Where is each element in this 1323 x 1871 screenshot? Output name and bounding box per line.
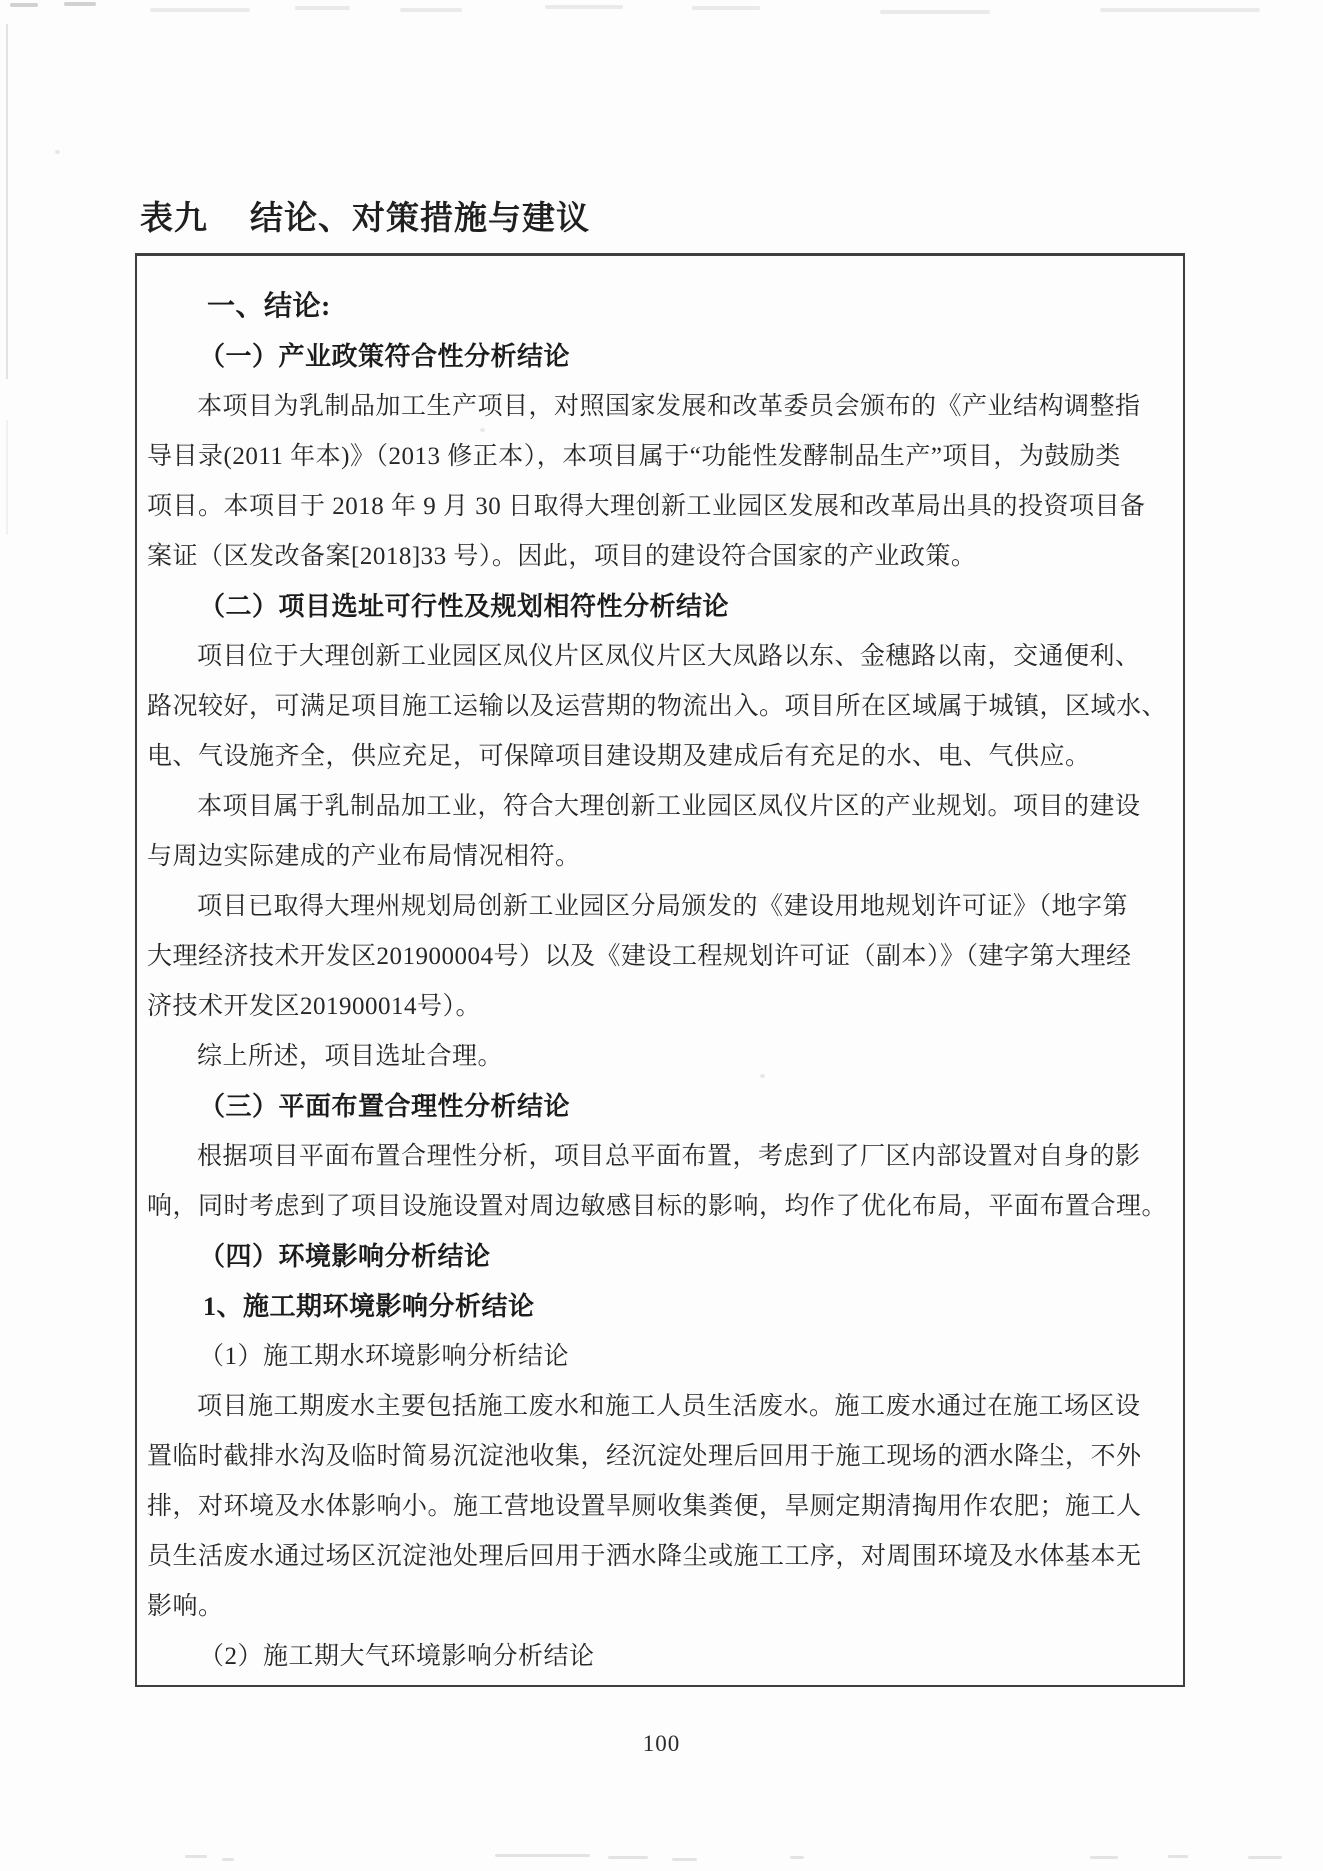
doc-line: 排，对环境及水体影响小。施工营地设置旱厕收集粪便，旱厕定期清掏用作农肥；施工人: [147, 1482, 1175, 1532]
doc-line: 项目。本项目于 2018 年 9 月 30 日取得大理创新工业园区发展和改革局出…: [147, 482, 1175, 532]
scan-artifact: [222, 1858, 234, 1861]
heading-industrial-policy: （一）产业政策符合性分析结论: [147, 332, 1175, 382]
heading-site-selection: （二）项目选址可行性及规划相符性分析结论: [147, 582, 1175, 632]
scan-artifact: [880, 10, 990, 14]
scan-artifact: [480, 428, 485, 432]
table-title-text: 结论、对策措施与建议: [250, 201, 590, 237]
subheading-water-environment: （1）施工期水环境影响分析结论: [147, 1332, 1175, 1382]
doc-line: 济技术开发区201900014号）。: [147, 982, 1175, 1032]
doc-line: 案证（区发改备案[2018]33 号）。因此，项目的建设符合国家的产业政策。: [147, 532, 1175, 582]
doc-line: 员生活废水通过场区沉淀池处理后回用于洒水降尘或施工工序，对周围环境及水体基本无: [147, 1532, 1175, 1582]
scan-artifact: [295, 6, 350, 10]
scan-artifact: [760, 1074, 765, 1078]
doc-line: 置临时截排水沟及临时简易沉淀池收集，经沉淀处理后回用于施工现场的洒水降尘，不外: [147, 1432, 1175, 1482]
scan-artifact: [55, 150, 60, 154]
doc-line: 项目位于大理创新工业园区凤仪片区凤仪片区大凤路以东、金穗路以南，交通便利、: [147, 632, 1175, 682]
scan-artifact: [150, 8, 250, 12]
doc-line: 综上所述，项目选址合理。: [147, 1032, 1175, 1082]
doc-line: 根据项目平面布置合理性分析，项目总平面布置，考虑到了厂区内部设置对自身的影: [147, 1132, 1175, 1182]
doc-line: 项目已取得大理州规划局创新工业园区分局颁发的《建设用地规划许可证》（地字第: [147, 882, 1175, 932]
doc-line: 路况较好，可满足项目施工运输以及运营期的物流出入。项目所在区域属于城镇，区域水、: [147, 682, 1175, 732]
doc-line: 导目录(2011 年本)》（2013 修正本），本项目属于“功能性发酵制品生产”…: [147, 432, 1175, 482]
scan-artifact: [790, 1856, 804, 1859]
doc-line: 大理经济技术开发区201900004号）以及《建设工程规划许可证（副本）》（建字…: [147, 932, 1175, 982]
doc-line: 本项目为乳制品加工生产项目，对照国家发展和改革委员会颁布的《产业结构调整指: [147, 382, 1175, 432]
scan-artifact: [6, 24, 8, 379]
doc-line: 本项目属于乳制品加工业，符合大理创新工业园区凤仪片区的产业规划。项目的建设: [147, 782, 1175, 832]
scan-artifact: [1100, 8, 1260, 12]
doc-line: 项目施工期废水主要包括施工废水和施工人员生活废水。施工废水通过在施工场区设: [147, 1382, 1175, 1432]
scan-artifact: [400, 8, 462, 12]
subheading-air-environment: （2）施工期大气环境影响分析结论: [147, 1632, 1175, 1682]
document-page: { "doc": { "title": { "label": "表九", "te…: [0, 0, 1323, 1871]
scan-artifact: [185, 1855, 207, 1858]
scan-artifact: [545, 5, 623, 9]
scan-artifact: [1168, 1855, 1188, 1858]
scan-artifact: [10, 3, 38, 7]
scan-artifact: [6, 420, 8, 535]
scan-artifact: [64, 2, 96, 6]
doc-line: 与周边实际建成的产业布局情况相符。: [147, 832, 1175, 882]
doc-line: 影响。: [147, 1582, 1175, 1632]
page-title: 表九结论、对策措施与建议: [140, 196, 590, 242]
scan-artifact: [692, 6, 760, 10]
scan-artifact: [608, 1856, 648, 1859]
heading-plane-layout: （三）平面布置合理性分析结论: [147, 1082, 1175, 1132]
doc-line: 响，同时考虑到了项目设施设置对周边敏感目标的影响，均作了优化布局，平面布置合理。: [147, 1182, 1175, 1232]
scan-artifact: [672, 1858, 697, 1861]
scan-artifact: [1248, 1856, 1282, 1859]
page-number: 100: [0, 1731, 1323, 1757]
content-box: 一、结论: （一）产业政策符合性分析结论 本项目为乳制品加工生产项目，对照国家发…: [135, 253, 1185, 1687]
scan-artifact: [1090, 1856, 1118, 1859]
heading-construction-period: 1、施工期环境影响分析结论: [147, 1282, 1175, 1332]
scan-artifact: [495, 1854, 590, 1857]
heading-conclusion: 一、结论:: [147, 282, 1175, 332]
doc-line: 电、气设施齐全，供应充足，可保障项目建设期及建成后有充足的水、电、气供应。: [147, 732, 1175, 782]
heading-env-impact: （四）环境影响分析结论: [147, 1232, 1175, 1282]
table-number-label: 表九: [140, 201, 208, 237]
